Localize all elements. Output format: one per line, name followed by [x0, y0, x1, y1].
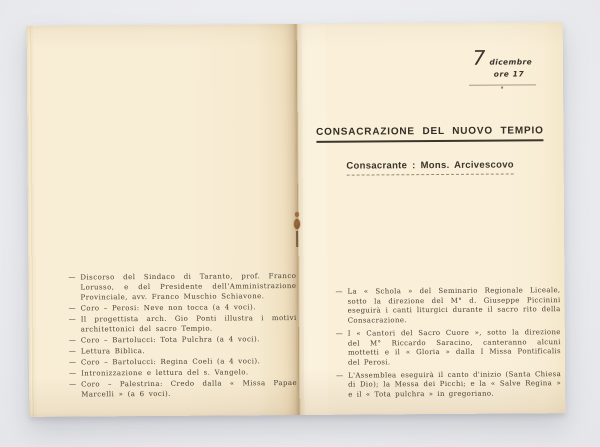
note-item-text: La « Schola » del Seminario Regionale Li… [347, 286, 560, 326]
page-title-wrap: CONSACRAZIONE DEL NUOVO TEMPIO [296, 118, 563, 143]
programme-item-text: Coro – Perosi: Neve non tocca (a 4 voci)… [81, 302, 297, 314]
programme-item: — Discorso del Sindaco di Taranto, prof.… [68, 271, 296, 303]
programme-list: — Discorso del Sindaco di Taranto, prof.… [68, 271, 297, 401]
programme-item: — Il progettista arch. Gio Ponti illustr… [69, 313, 297, 335]
item-dash: — [69, 369, 81, 379]
note-item: — I « Cantori del Sacro Cuore », sotto l… [336, 328, 561, 368]
programme-item: — Intronizzazione e lettura del s. Vange… [69, 367, 297, 379]
date-time: ore 17 [469, 69, 536, 78]
right-page: 7 dicembre ore 17 CONSACRAZIONE DEL NUOV… [296, 22, 566, 415]
open-booklet: — Discorso del Sindaco di Taranto, prof.… [27, 22, 566, 417]
page-subtitle-wrap: Consacrante : Mons. Arcivescovo [297, 152, 564, 176]
date-header: 7 dicembre ore 17 [469, 48, 536, 88]
page-title: CONSACRAZIONE DEL NUOVO TEMPIO [316, 125, 544, 143]
note-item-text: L'Assemblea eseguirà il canto d'inizio (… [348, 370, 561, 401]
programme-item-text: Il progettista arch. Gio Ponti illustra … [81, 313, 297, 335]
programme-item-text: Coro – Bartolucci: Regina Coeli (a 4 voc… [81, 356, 297, 368]
programme-item: — Coro – Bartolucci: Tota Pulchra (a 4 v… [69, 334, 297, 346]
date-row: 7 dicembre [469, 48, 536, 66]
item-dash: — [69, 315, 81, 335]
date-day: 7 [473, 49, 486, 67]
note-item-text: I « Cantori del Sacro Cuore », sotto la … [348, 328, 561, 368]
item-dash: — [69, 347, 81, 357]
staple [292, 210, 302, 254]
photo-background: — Discorso del Sindaco di Taranto, prof.… [0, 0, 600, 447]
item-dash: — [69, 304, 81, 314]
notes-list: — La « Schola » del Seminario Regionale … [335, 286, 561, 403]
programme-item: — Coro – Palestrina: Credo dalla « Missa… [69, 378, 297, 400]
staple-wire [296, 231, 298, 247]
programme-item-text: Intronizzazione e lettura del s. Vangelo… [81, 367, 297, 379]
programme-item-text: Coro – Palestrina: Credo dalla « Missa P… [81, 378, 297, 400]
staple-rust-blob [294, 219, 300, 229]
left-page: — Discorso del Sindaco di Taranto, prof.… [27, 24, 299, 417]
programme-item: — Coro – Bartolucci: Regina Coeli (a 4 v… [69, 356, 297, 368]
item-dash: — [69, 380, 81, 400]
item-dash: — [335, 288, 347, 327]
staple-rust-dot [295, 212, 299, 217]
programme-item: — Coro – Perosi: Neve non tocca (a 4 voc… [69, 302, 297, 314]
programme-item: — Lettura Biblica. [69, 345, 297, 357]
item-dash: — [336, 371, 348, 400]
item-dash: — [69, 336, 81, 346]
item-dash: — [69, 358, 81, 368]
date-month: dicembre [489, 57, 532, 66]
note-item: — L'Assemblea eseguirà il canto d'inizio… [336, 370, 561, 401]
item-dash: — [68, 273, 80, 303]
item-dash: — [336, 329, 348, 368]
page-subtitle: Consacrante : Mons. Arcivescovo [346, 159, 514, 175]
programme-item-text: Lettura Biblica. [81, 345, 297, 357]
programme-item-text: Discorso del Sindaco di Taranto, prof. F… [80, 271, 296, 303]
programme-item-text: Coro – Bartolucci: Tota Pulchra (a 4 voc… [81, 334, 297, 346]
date-underline-tick [501, 87, 503, 89]
note-item: — La « Schola » del Seminario Regionale … [335, 286, 560, 326]
